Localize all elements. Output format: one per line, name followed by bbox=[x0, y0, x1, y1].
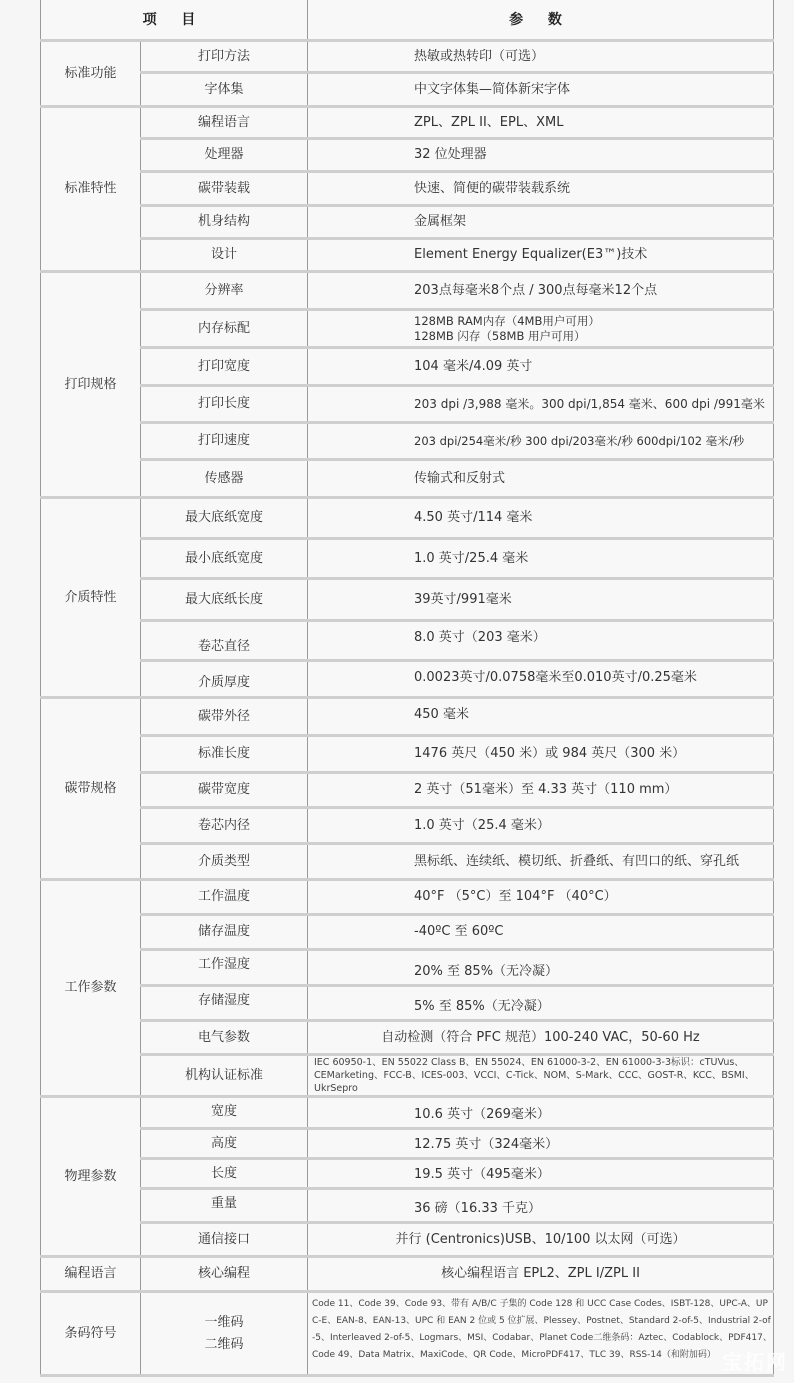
item-cell: 打印长度 bbox=[141, 386, 308, 423]
value-cell: IEC 60950-1、EN 55022 Class B、EN 55024、EN… bbox=[308, 1055, 774, 1097]
item-cell: 打印速度 bbox=[141, 423, 308, 460]
value-cell: 1.0 英寸/25.4 毫米 bbox=[308, 539, 774, 579]
value-cell: 40°F （5°C）至 104°F （40°C） bbox=[308, 880, 774, 915]
table-row: 碳带规格 碳带外径 450 毫米 bbox=[41, 698, 774, 736]
table-row: 长度 19.5 英寸（495毫米） bbox=[41, 1159, 774, 1189]
value-cell: 104 毫米/4.09 英寸 bbox=[308, 348, 774, 386]
value-cell: 4.50 英寸/114 毫米 bbox=[308, 498, 774, 539]
category-cell: 物理参数 bbox=[41, 1097, 141, 1257]
item-cell: 分辨率 bbox=[141, 272, 308, 310]
header-row: 项 目 参 数 bbox=[41, 0, 774, 41]
value-line: 128MB 闪存（58MB 用户可用） bbox=[414, 329, 773, 344]
item-cell: 长度 bbox=[141, 1159, 308, 1189]
item-line: 二维码 bbox=[141, 1334, 307, 1356]
table-row: 标准长度 1476 英尺（450 米）或 984 英尺（300 米） bbox=[41, 736, 774, 773]
value-cell: 203 dpi/254毫米/秒 300 dpi/203毫米/秒 600dpi/1… bbox=[308, 423, 774, 460]
value-cell: 传输式和反射式 bbox=[308, 460, 774, 498]
category-cell: 碳带规格 bbox=[41, 698, 141, 880]
table-row: 机身结构 金属框架 bbox=[41, 206, 774, 239]
item-cell: 一维码 二维码 bbox=[141, 1292, 308, 1376]
table-row: 工作参数 工作温度 40°F （5°C）至 104°F （40°C） bbox=[41, 880, 774, 915]
table-row: 设计 Element Energy Equalizer(E3™)技术 bbox=[41, 239, 774, 272]
item-cell: 通信接口 bbox=[141, 1223, 308, 1257]
value-cell: -40ºC 至 60ºC bbox=[308, 915, 774, 950]
item-cell: 碳带宽度 bbox=[141, 773, 308, 808]
table-row: 高度 12.75 英寸（324毫米） bbox=[41, 1129, 774, 1159]
table-row: 储存温度 -40ºC 至 60ºC bbox=[41, 915, 774, 950]
watermark-logo: 宝拓网 bbox=[722, 1346, 788, 1375]
value-cell: 并行 (Centronics)USB、10/100 以太网（可选） bbox=[308, 1223, 774, 1257]
value-cell: Code 11、Code 39、Code 93、带有 A/B/C 子集的 Cod… bbox=[308, 1292, 774, 1376]
table-row: 重量 36 磅（16.33 千克） bbox=[41, 1189, 774, 1223]
value-cell: 1476 英尺（450 米）或 984 英尺（300 米） bbox=[308, 736, 774, 773]
table-row: 卷芯内径 1.0 英寸（25.4 毫米） bbox=[41, 808, 774, 844]
table-row: 介质厚度 0.0023英寸/0.0758毫米至0.010英寸/0.25毫米 bbox=[41, 661, 774, 698]
item-cell: 存储湿度 bbox=[141, 986, 308, 1021]
item-line: 一维码 bbox=[141, 1312, 307, 1334]
category-cell: 条码符号 bbox=[41, 1292, 141, 1376]
item-cell: 工作湿度 bbox=[141, 950, 308, 986]
item-cell: 核心编程 bbox=[141, 1257, 308, 1292]
table-row: 最小底纸宽度 1.0 英寸/25.4 毫米 bbox=[41, 539, 774, 579]
table-row: 打印宽度 104 毫米/4.09 英寸 bbox=[41, 348, 774, 386]
value-cell: 0.0023英寸/0.0758毫米至0.010英寸/0.25毫米 bbox=[308, 661, 774, 698]
spec-table: 项 目 参 数 标准功能 打印方法 热敏或热转印（可选） 字体集 中文字体集—简… bbox=[40, 0, 774, 1377]
item-cell: 介质厚度 bbox=[141, 661, 308, 698]
item-cell: 储存温度 bbox=[141, 915, 308, 950]
table-row: 处理器 32 位处理器 bbox=[41, 139, 774, 172]
table-row: 标准特性 编程语言 ZPL、ZPL II、EPL、XML bbox=[41, 107, 774, 139]
value-cell: Element Energy Equalizer(E3™)技术 bbox=[308, 239, 774, 272]
table-row: 内存标配 128MB RAM内存（4MB用户可用） 128MB 闪存（58MB … bbox=[41, 310, 774, 348]
item-cell: 字体集 bbox=[141, 73, 308, 107]
table-row: 条码符号 一维码 二维码 Code 11、Code 39、Code 93、带有 … bbox=[41, 1292, 774, 1376]
item-cell: 机身结构 bbox=[141, 206, 308, 239]
value-cell: 5% 至 85%（无冷凝） bbox=[308, 986, 774, 1021]
category-cell: 介质特性 bbox=[41, 498, 141, 698]
table-row: 打印长度 203 dpi /3,988 毫米。300 dpi/1,854 毫米、… bbox=[41, 386, 774, 423]
item-cell: 设计 bbox=[141, 239, 308, 272]
table-row: 卷芯直径 8.0 英寸（203 毫米） bbox=[41, 621, 774, 661]
table-row: 工作湿度 20% 至 85%（无冷凝） bbox=[41, 950, 774, 986]
table-row: 字体集 中文字体集—简体新宋字体 bbox=[41, 73, 774, 107]
table-row: 电气参数 自动检测（符合 PFC 规范）100-240 VAC，50-60 Hz bbox=[41, 1021, 774, 1055]
table-row: 编程语言 核心编程 核心编程语言 EPL2、ZPL I/ZPL II bbox=[41, 1257, 774, 1292]
value-cell: 32 位处理器 bbox=[308, 139, 774, 172]
header-item: 项 目 bbox=[41, 0, 308, 41]
value-cell: 20% 至 85%（无冷凝） bbox=[308, 950, 774, 986]
category-cell: 工作参数 bbox=[41, 880, 141, 1097]
table-row: 介质特性 最大底纸宽度 4.50 英寸/114 毫米 bbox=[41, 498, 774, 539]
value-cell: 39英寸/991毫米 bbox=[308, 579, 774, 621]
category-cell: 标准功能 bbox=[41, 41, 141, 107]
value-cell: 热敏或热转印（可选） bbox=[308, 41, 774, 73]
table-row: 传感器 传输式和反射式 bbox=[41, 460, 774, 498]
value-cell: 203点每毫米8个点 / 300点每毫米12个点 bbox=[308, 272, 774, 310]
table-row: 通信接口 并行 (Centronics)USB、10/100 以太网（可选） bbox=[41, 1223, 774, 1257]
item-cell: 最大底纸宽度 bbox=[141, 498, 308, 539]
item-cell: 最大底纸长度 bbox=[141, 579, 308, 621]
table-row: 打印速度 203 dpi/254毫米/秒 300 dpi/203毫米/秒 600… bbox=[41, 423, 774, 460]
header-param: 参 数 bbox=[308, 0, 774, 41]
table-row: 标准功能 打印方法 热敏或热转印（可选） bbox=[41, 41, 774, 73]
table-row: 打印规格 分辨率 203点每毫米8个点 / 300点每毫米12个点 bbox=[41, 272, 774, 310]
value-cell: 10.6 英寸（269毫米） bbox=[308, 1097, 774, 1129]
table-row: 碳带宽度 2 英寸（51毫米）至 4.33 英寸（110 mm） bbox=[41, 773, 774, 808]
item-cell: 碳带装载 bbox=[141, 172, 308, 206]
value-line: 128MB RAM内存（4MB用户可用） bbox=[414, 314, 773, 329]
value-cell: 核心编程语言 EPL2、ZPL I/ZPL II bbox=[308, 1257, 774, 1292]
value-cell: 450 毫米 bbox=[308, 698, 774, 736]
value-cell: 2 英寸（51毫米）至 4.33 英寸（110 mm） bbox=[308, 773, 774, 808]
value-cell: 203 dpi /3,988 毫米。300 dpi/1,854 毫米、600 d… bbox=[308, 386, 774, 423]
value-cell: 8.0 英寸（203 毫米） bbox=[308, 621, 774, 661]
item-cell: 宽度 bbox=[141, 1097, 308, 1129]
table-row: 碳带装载 快速、简便的碳带装载系统 bbox=[41, 172, 774, 206]
table-row: 最大底纸长度 39英寸/991毫米 bbox=[41, 579, 774, 621]
item-cell: 介质类型 bbox=[141, 844, 308, 880]
value-cell: 金属框架 bbox=[308, 206, 774, 239]
item-cell: 打印方法 bbox=[141, 41, 308, 73]
value-cell: 36 磅（16.33 千克） bbox=[308, 1189, 774, 1223]
category-cell: 标准特性 bbox=[41, 107, 141, 272]
value-cell: 19.5 英寸（495毫米） bbox=[308, 1159, 774, 1189]
item-cell: 卷芯内径 bbox=[141, 808, 308, 844]
item-cell: 打印宽度 bbox=[141, 348, 308, 386]
item-cell: 电气参数 bbox=[141, 1021, 308, 1055]
item-cell: 内存标配 bbox=[141, 310, 308, 348]
item-cell: 传感器 bbox=[141, 460, 308, 498]
table-row: 机构认证标准 IEC 60950-1、EN 55022 Class B、EN 5… bbox=[41, 1055, 774, 1097]
value-cell: 128MB RAM内存（4MB用户可用） 128MB 闪存（58MB 用户可用） bbox=[308, 310, 774, 348]
value-cell: 中文字体集—简体新宋字体 bbox=[308, 73, 774, 107]
category-cell: 编程语言 bbox=[41, 1257, 141, 1292]
item-cell: 标准长度 bbox=[141, 736, 308, 773]
table-row: 物理参数 宽度 10.6 英寸（269毫米） bbox=[41, 1097, 774, 1129]
item-cell: 编程语言 bbox=[141, 107, 308, 139]
category-cell: 打印规格 bbox=[41, 272, 141, 498]
value-cell: 1.0 英寸（25.4 毫米） bbox=[308, 808, 774, 844]
item-cell: 工作温度 bbox=[141, 880, 308, 915]
value-cell: 黑标纸、连续纸、模切纸、折叠纸、有凹口的纸、穿孔纸 bbox=[308, 844, 774, 880]
value-cell: 快速、简便的碳带装载系统 bbox=[308, 172, 774, 206]
value-cell: 12.75 英寸（324毫米） bbox=[308, 1129, 774, 1159]
item-cell: 处理器 bbox=[141, 139, 308, 172]
value-cell: 自动检测（符合 PFC 规范）100-240 VAC，50-60 Hz bbox=[308, 1021, 774, 1055]
item-cell: 机构认证标准 bbox=[141, 1055, 308, 1097]
item-cell: 高度 bbox=[141, 1129, 308, 1159]
table-row: 存储湿度 5% 至 85%（无冷凝） bbox=[41, 986, 774, 1021]
item-cell: 重量 bbox=[141, 1189, 308, 1223]
item-cell: 碳带外径 bbox=[141, 698, 308, 736]
table-row: 介质类型 黑标纸、连续纸、模切纸、折叠纸、有凹口的纸、穿孔纸 bbox=[41, 844, 774, 880]
item-cell: 卷芯直径 bbox=[141, 621, 308, 661]
value-cell: ZPL、ZPL II、EPL、XML bbox=[308, 107, 774, 139]
item-cell: 最小底纸宽度 bbox=[141, 539, 308, 579]
